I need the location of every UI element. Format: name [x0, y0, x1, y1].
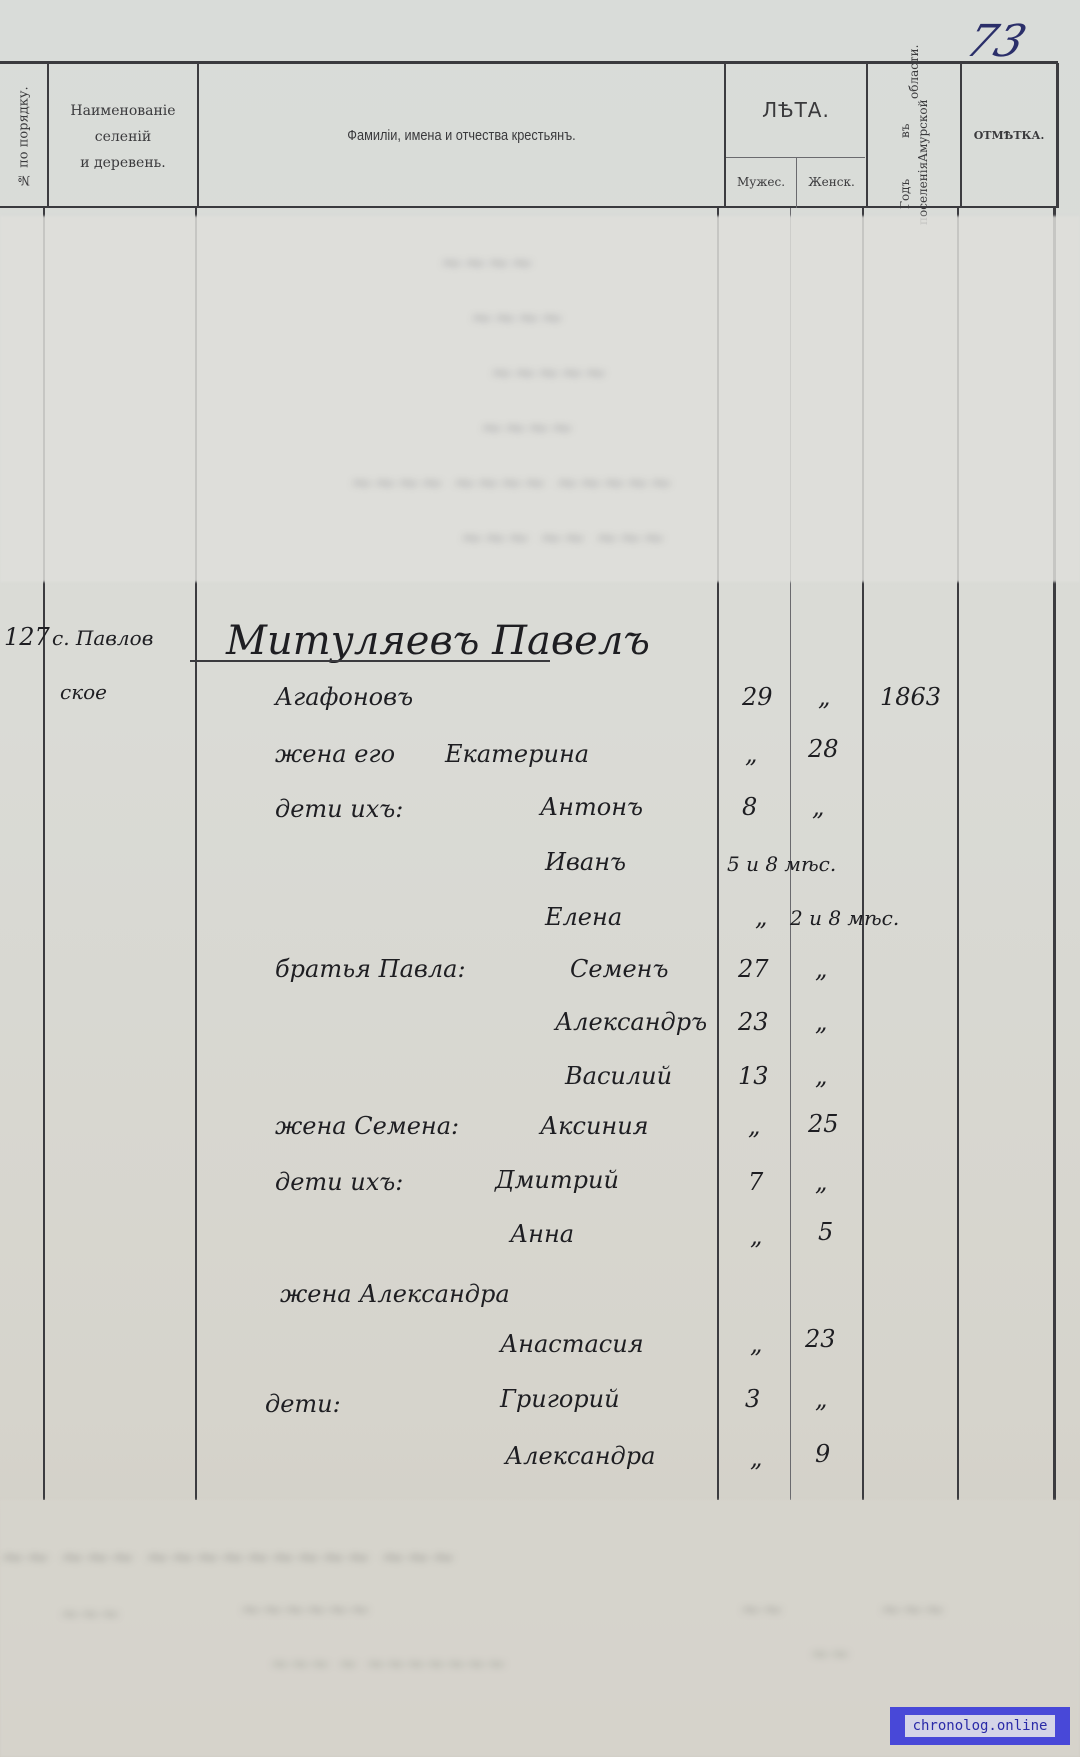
row-6-label: братья Павла:: [275, 955, 466, 983]
row-7-name: Александръ: [555, 1008, 707, 1036]
blurred-text: ~~~ ~~ ~~~: [460, 521, 666, 554]
blurred-text: ~~~~: [480, 411, 574, 444]
blurred-text: ~~~: [60, 1600, 120, 1628]
row-3-label: дети ихъ:: [275, 795, 403, 823]
row-10-label: дети ихъ:: [275, 1168, 403, 1196]
row-5-male: „: [755, 903, 767, 931]
blurred-text: ~~: [740, 1595, 784, 1625]
row-9-label: жена Семена:: [275, 1112, 459, 1140]
row-10-name: Дмитрий: [495, 1166, 619, 1194]
row-3-female: „: [812, 793, 824, 821]
header-names: Фамиліи, имена и отчества крестьянъ.: [239, 64, 684, 206]
row-6-male: 27: [738, 955, 769, 983]
blurred-text: ~~~ ~ ~~~~~~~: [270, 1650, 506, 1678]
entry-number: 127: [4, 623, 50, 651]
row-13-name: Анастасия: [500, 1330, 644, 1358]
row-3-name: Антонъ: [540, 793, 643, 821]
row-9-male: „: [748, 1112, 760, 1140]
watermark-text: chronolog.online: [905, 1715, 1056, 1737]
row-7-male: 23: [738, 1008, 769, 1036]
row-10-female: „: [815, 1168, 827, 1196]
row-7-female: „: [815, 1008, 827, 1036]
row-8-name: Василий: [565, 1062, 672, 1090]
header-year-settled: Годъ поселенія въ Амурской области.: [868, 66, 960, 204]
header-age-male: Мужес.: [726, 158, 796, 206]
row-1-male: 29: [742, 683, 773, 711]
col-line-7: [1056, 63, 1059, 208]
blurred-text: ~~~~~~: [240, 1595, 371, 1625]
row-13-male: „: [750, 1330, 762, 1358]
row-14-female: „: [815, 1385, 827, 1413]
entry-surname: Митуляевъ Павелъ: [226, 618, 650, 664]
row-5-female: 2 и 8 мѣс.: [790, 906, 899, 930]
entry-village-line2: ское: [60, 680, 107, 704]
header-village: Наименованіе селеній и деревень.: [50, 70, 196, 204]
entry-year-settled: 1863: [880, 683, 941, 711]
row-15-male: „: [750, 1444, 762, 1472]
row-9-name: Аксиния: [540, 1112, 649, 1140]
blurred-text: ~~~~: [440, 246, 534, 279]
header-age: ЛѢТА.: [726, 64, 866, 156]
row-1-female: „: [818, 683, 830, 711]
row-11-female: 5: [818, 1218, 833, 1246]
row-14-name: Григорий: [500, 1385, 620, 1413]
blurred-text: ~~ ~~~ ~~~~~~~~~ ~~~: [0, 1540, 456, 1575]
entry-village-line1: с. Павлов: [52, 626, 153, 650]
header-age-female: Женск.: [797, 158, 866, 206]
row-4-name: Иванъ: [545, 848, 626, 876]
blurred-text: ~~~~ ~~~~ ~~~~~: [350, 466, 673, 499]
row-15-female: 9: [815, 1440, 830, 1468]
row-2-male: „: [745, 740, 757, 768]
row-9-female: 25: [808, 1110, 839, 1138]
blurred-text: ~~~: [880, 1595, 945, 1625]
row-1-name: Агафоновъ: [275, 683, 413, 711]
blurred-text: ~~~~: [470, 301, 564, 334]
row-8-female: „: [815, 1062, 827, 1090]
surname-underline: [190, 660, 550, 662]
row-4-male: 5 и 8 мѣс.: [727, 852, 836, 876]
row-2-label: жена его: [275, 740, 395, 768]
row-2-female: 28: [808, 735, 839, 763]
row-12-label: жена Александра: [280, 1280, 510, 1308]
row-13-female: 23: [805, 1325, 836, 1353]
row-15-name: Александра: [505, 1442, 655, 1470]
blurred-previous-entry: ~~~~ ~~~~ ~~~~~ ~~~~ ~~~~ ~~~~ ~~~~~ ~~~…: [0, 216, 1080, 582]
header-note: ОТМѢТКА.: [962, 64, 1056, 206]
row-10-male: 7: [748, 1168, 763, 1196]
row-6-female: „: [815, 955, 827, 983]
row-2-name: Екатерина: [445, 740, 589, 768]
blurred-text: ~~: [810, 1640, 850, 1668]
row-11-name: Анна: [510, 1220, 574, 1248]
row-14-label: дети:: [265, 1390, 341, 1418]
col-line-2: [197, 63, 199, 208]
row-5-name: Елена: [545, 903, 622, 931]
row-8-male: 13: [738, 1062, 769, 1090]
row-3-male: 8: [742, 793, 757, 821]
row-11-male: „: [750, 1222, 762, 1250]
blurred-text: ~~~~~: [490, 356, 607, 389]
col-line-1: [47, 63, 49, 208]
row-6-name: Семенъ: [570, 955, 668, 983]
header-number: № по порядку.: [4, 70, 44, 204]
row-14-male: 3: [745, 1385, 760, 1413]
watermark: chronolog.online: [890, 1707, 1070, 1745]
